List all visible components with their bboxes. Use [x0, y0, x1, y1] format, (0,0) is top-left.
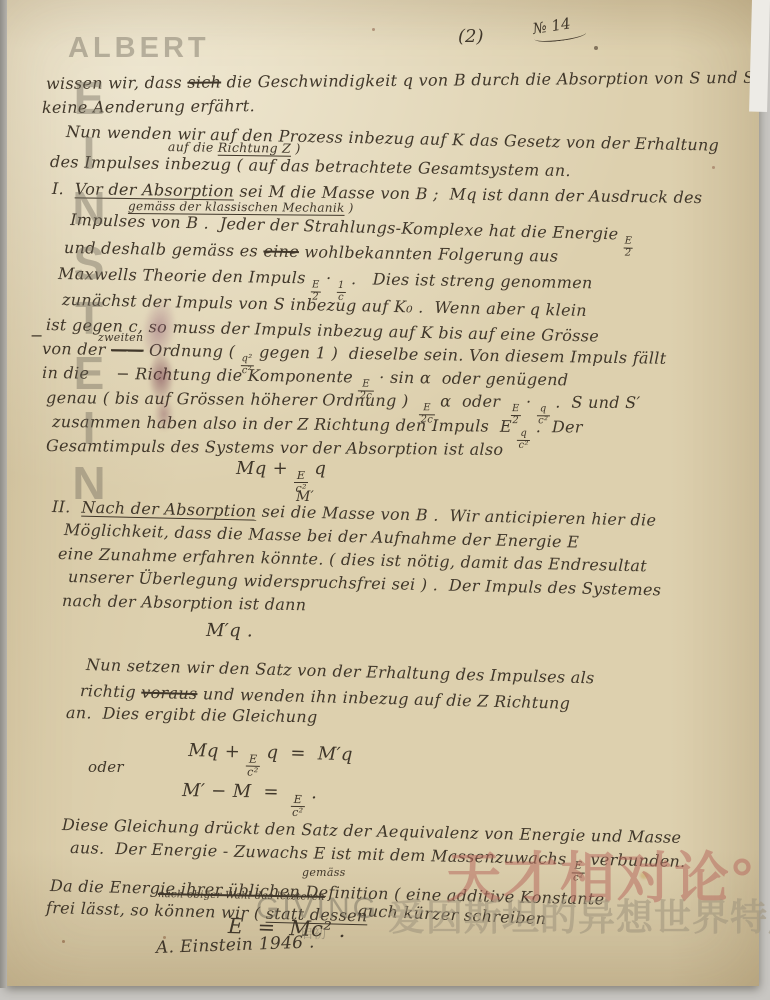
paper-speck	[372, 28, 375, 31]
formula-momentum-after: M′q .	[206, 620, 253, 641]
manuscript-line: an. Dies ergibt die Gleichung	[66, 703, 318, 726]
paper-speck	[163, 936, 166, 939]
ink-stain-blob	[154, 396, 174, 432]
manuscript-line: oder	[88, 758, 124, 776]
manuscript-line: wissen wir, dass sich die Geschwindigkei…	[46, 68, 759, 93]
watermark-albert: ALBERT	[68, 32, 210, 65]
paper-corner-notch	[749, 0, 770, 112]
formula-conservation: Mq + Ec² q = M′q	[188, 740, 353, 781]
catalog-number-annotation: № 14	[531, 12, 586, 45]
manuscript-line: des Impulses inbezug ( auf das betrachte…	[50, 152, 571, 180]
paper-speck	[62, 940, 65, 943]
manuscript-line: nach der Absorption ist dann	[62, 591, 307, 614]
photo-background: (2) № 14 wissen wir, dass sich die Gesch…	[0, 0, 770, 1000]
manuscript-line: Nun wenden wir auf den Prozess inbezug a…	[66, 122, 720, 155]
formula-mass-energy: M′ − M = Ec² .	[182, 780, 318, 819]
paper-speck	[594, 46, 598, 50]
watermark-einstein-vertical: EINSTEIN	[62, 72, 116, 512]
margin-dash: −	[30, 326, 44, 345]
photo-left-edge	[0, 0, 7, 988]
watermark-giving-subtext: 启初	[300, 923, 326, 942]
ink-stain-blob	[148, 352, 174, 402]
paper-speck	[712, 166, 715, 169]
page-number-annotation: (2)	[458, 26, 484, 47]
watermark-exhibit-subtitle-gray: 爱因斯坦的异想世界特展	[388, 887, 770, 941]
insertion-richtung-z: auf die Richtung Z )	[168, 139, 301, 156]
signature-line: A. Einstein 1946 .	[156, 932, 315, 958]
insertion-gemaess: gemäss	[302, 866, 346, 879]
watermark-giving-logo: GIVING	[256, 892, 379, 926]
